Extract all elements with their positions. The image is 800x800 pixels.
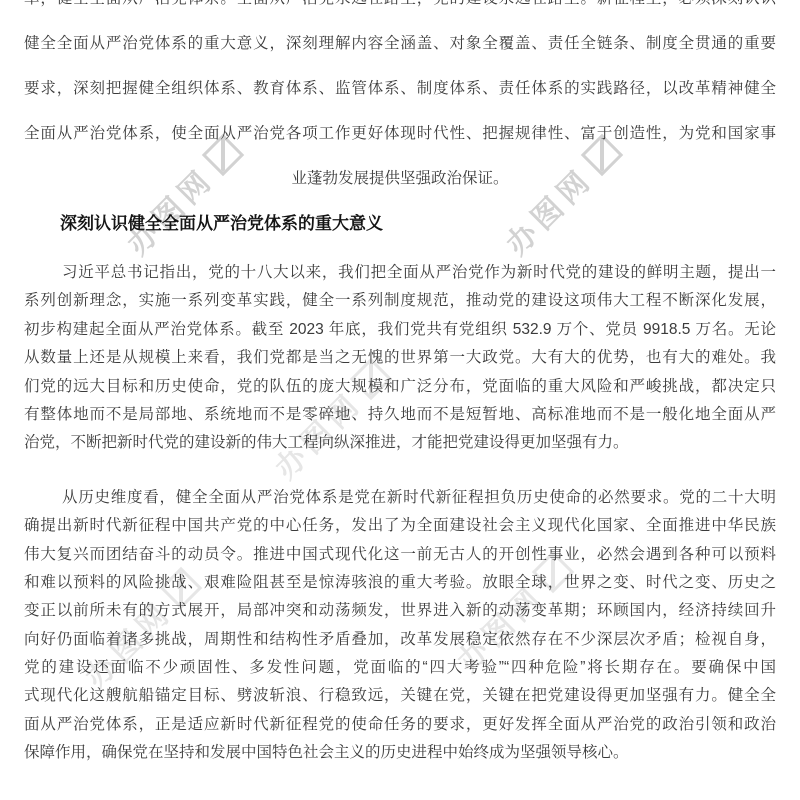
text-line: 党的建设还面临不少顽固性、多发性问题，党面临的“四大考验”“四种危险”将长期存在… — [24, 654, 776, 682]
document-page: 办图网办图网办图网办图网办图网 革，健全全面从严治党体系。全面从严治党永远在路上… — [0, 0, 800, 800]
section-heading: 深刻认识健全全面从严治党体系的重大意义 — [24, 211, 776, 237]
text-line: 健全全面从严治党体系的重大意义，深刻理解内容全涵盖、对象全覆盖、责任全链条、制度… — [24, 21, 776, 66]
document-content: 革，健全全面从严治党体系。全面从严治党永远在路上，党的建设永远在路上。新征程上，… — [24, 0, 776, 768]
text-line: 向好仍面临着诸多挑战，周期性和结构性矛盾叠加，改革发展稳定依然存在不少深层次矛盾… — [24, 626, 776, 654]
text-line: 伟大复兴而团结奋斗的动员令。推进中国式现代化这一前无古人的开创性事业，必然会遇到… — [24, 541, 776, 569]
text-line: 习近平总书记指出，党的十八大以来，我们把全面从严治党作为新时代党的建设的鲜明主题… — [24, 259, 776, 287]
paragraph-intro-last-line: 业蓬勃发展提供坚强政治保证。 — [24, 156, 776, 201]
text-line: 系列创新理念，实施一系列变革实践，健全一系列制度规范，推动党的建设这项伟大工程不… — [24, 287, 776, 315]
text-line: 保障作用，确保党在坚持和发展中国特色社会主义的历史进程中始终成为坚强领导核心。 — [24, 739, 776, 767]
paragraph-significance: 习近平总书记指出，党的十八大以来，我们把全面从严治党作为新时代党的建设的鲜明主题… — [24, 259, 776, 458]
paragraph-intro: 革，健全全面从严治党体系。全面从严治党永远在路上，党的建设永远在路上。新征程上，… — [24, 0, 776, 156]
text-line: 面从严治党体系，正是适应新时代新征程党的使命任务的要求，更好发挥全面从严治党的政… — [24, 711, 776, 739]
text-line: 和难以预料的风险挑战、艰难险阻甚至是惊涛骇浪的重大考验。放眼全球，世界之变、时代… — [24, 569, 776, 597]
text-line: 变正以前所未有的方式展开，局部冲突和动荡频发，世界进入新的动荡变革期；环顾国内，… — [24, 597, 776, 625]
text-line: 治党，不断把新时代党的建设新的伟大工程向纵深推进，才能把党建设得更加坚强有力。 — [24, 429, 776, 457]
text-line: 全面从严治党体系，使全面从严治党各项工作更好体现时代性、把握规律性、富于创造性，… — [24, 111, 776, 156]
text-line: 从数量上还是从规模上来看，我们党都是当之无愧的世界第一大政党。大有大的优势，也有… — [24, 344, 776, 372]
text-line: 式现代化这艘航船锚定目标、劈波斩浪、行稳致远，关键在党，关键在把党建设得更加坚强… — [24, 682, 776, 710]
text-line: 从历史维度看，健全全面从严治党体系是党在新时代新征程担负历史使命的必然要求。党的… — [24, 484, 776, 512]
text-line: 要求，深刻把握健全组织体系、教育体系、监管体系、制度体系、责任体系的实践路径，以… — [24, 66, 776, 111]
text-line: 确提出新时代新征程中国共产党的中心任务，发出了为全面建设社会主义现代化国家、全面… — [24, 512, 776, 540]
paragraph-history: 从历史维度看，健全全面从严治党体系是党在新时代新征程担负历史使命的必然要求。党的… — [24, 484, 776, 768]
text-line: 有整体地而不是局部地、系统地而不是零碎地、持久地而不是短暂地、高标准地而不是一般… — [24, 401, 776, 429]
text-line: 革，健全全面从严治党体系。全面从严治党永远在路上，党的建设永远在路上。新征程上，… — [24, 0, 776, 21]
text-line: 们党的远大目标和历史使命，党的队伍的庞大规模和广泛分布，党面临的重大风险和严峻挑… — [24, 373, 776, 401]
text-line: 初步构建起全面从严治党体系。截至 2023 年底，我们党共有党组织 532.9 … — [24, 316, 776, 344]
